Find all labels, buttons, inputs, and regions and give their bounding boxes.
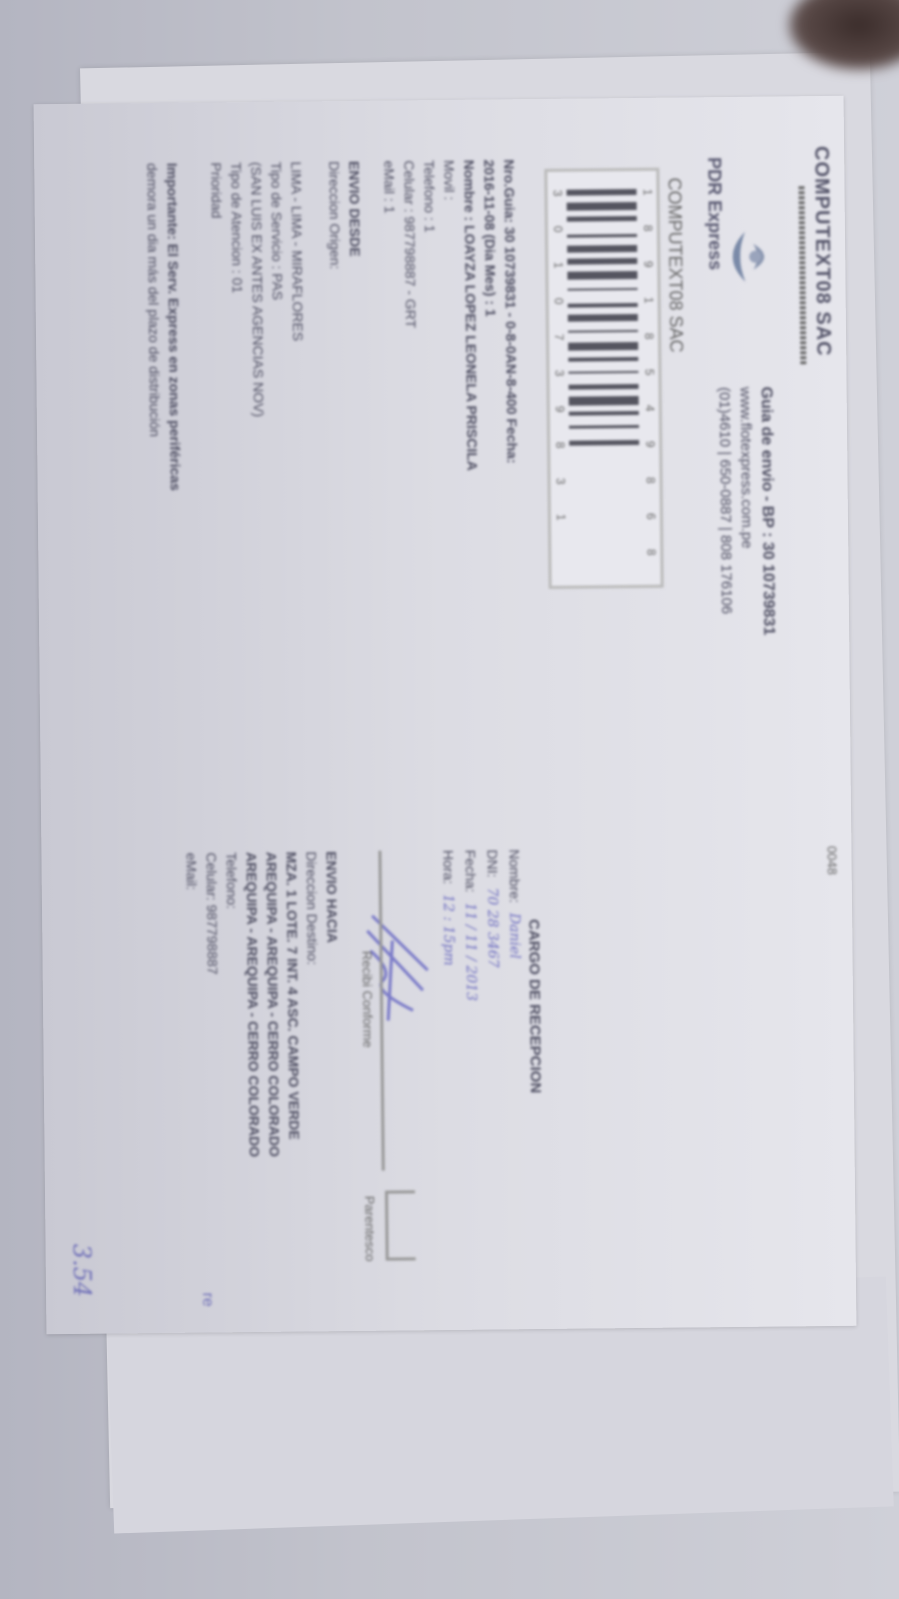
company-name: COMPUTEXT08 SAC [663, 177, 686, 352]
guide-info-line: Nro.Guia: 30 10739831 - 0-8-0AN-8-400 Fe… [499, 159, 522, 470]
guide-info-line: Celular : 987798887 - GRT [399, 160, 422, 471]
envio-hacia-line: MZA. 1 LOTE. 7 INT. 4 ASC. CAMPO VERDE [281, 852, 304, 1157]
cargo-nombre: Nombre:Daniel [502, 849, 529, 1289]
envio-hacia-line: Celular: 987798887 [201, 852, 224, 1157]
company-name-top: COMPUTEXT08 SAC [809, 146, 834, 357]
handwritten-value: 11 / 11 / 2013 [462, 902, 479, 1001]
brand-logo-icon [725, 222, 776, 293]
guide-title: Guia de envio - BP : 30 10739831 [756, 387, 780, 636]
envio-desde-title: ENVIO DESDE [344, 161, 367, 489]
envio-desde: ENVIO DESDE Direccion Origen: LIMA - LIM… [142, 161, 367, 491]
corner-number: 0048 [824, 846, 839, 875]
cargo-hora: Hora:12 : 15pm [436, 850, 463, 1290]
handwritten-side-note: re [198, 1292, 216, 1306]
guide-info-line: Telefono : 1 [419, 160, 442, 471]
parentesco-box [385, 1190, 416, 1260]
small-barcode-strip [798, 186, 806, 366]
barcode-icon [567, 189, 641, 570]
importante-line: Importante: El Serv. Express en zonas pe… [162, 163, 185, 491]
barcode-bottom-digits: 3 0 1 0 7 3 9 8 3 1 [551, 190, 569, 570]
parentesco-label: Parentesco [362, 1196, 378, 1262]
envio-hacia-line: AREQUIPA - AREQUIPA - CERRO COLORADO [241, 852, 264, 1157]
guide-info-line: 2016-11-08 (Dia Mes) : 1 [479, 159, 502, 470]
handwritten-note: 3.54 [68, 1244, 97, 1298]
envio-hacia-line: AREQUIPA - AREQUIPA - CERRO COLORADO [261, 852, 284, 1157]
label: Fecha: [462, 850, 478, 893]
envio-desde-line: Tipo de Servicio : PAS [266, 162, 289, 490]
envio-desde-line: (SAN LUIS EX ANTES AGENCIAS NOV) [246, 162, 269, 490]
document-content: COMPUTEXT08 SAC PDR Express Guia de envi… [54, 126, 856, 1314]
guide-info: Nro.Guia: 30 10739831 - 0-8-0AN-8-400 Fe… [379, 159, 522, 472]
phones: (01)4610 | 650-0887 | 808 176106 [714, 387, 738, 636]
label: Nombre: [506, 849, 523, 903]
envio-hacia: ENVIO HACIA Direccion Destino: MZA. 1 LO… [181, 851, 344, 1158]
envio-hacia-title: ENVIO HACIA [321, 851, 344, 1156]
label: DNI: [484, 849, 500, 877]
cargo-recepcion: CARGO DE RECEPCION Nombre:Daniel DNI:70 … [436, 849, 546, 1290]
guide-info-line: Nombre : LOAYZA LOPEZ LEONELA PRISCILA [459, 160, 482, 471]
importante-line: demora un dia más del plazo de distribuc… [142, 163, 165, 491]
handwritten-value: 70 28 3467 [484, 887, 501, 967]
handwritten-value: 12 : 15pm [440, 894, 457, 966]
signature-label: Recibi Conforme [359, 951, 375, 1048]
handwritten-value: Daniel [506, 913, 522, 959]
guide-info-line: eMail : 1 [379, 160, 402, 471]
envio-desde-subtitle: Direccion Origen: [324, 161, 347, 489]
cargo-fecha: Fecha:11 / 11 / 2013 [458, 850, 485, 1290]
cargo-dni: DNI:70 28 3467 [480, 849, 507, 1289]
shipping-guide-sheet: COMPUTEXT08 SAC PDR Express Guia de envi… [34, 96, 857, 1334]
barcode-top-digits: 1 8 9 1 8 5 4 9 8 6 8 [641, 189, 659, 569]
label: Hora: [440, 850, 456, 884]
envio-hacia-line: Telefono: [221, 852, 244, 1157]
envio-desde-line: LIMA - LIMA - MIRAFLORES [286, 161, 309, 489]
envio-hacia-subtitle: Direccion Destino: [301, 851, 324, 1156]
envio-desde-line: Tipo de Atencion : 01 [226, 162, 249, 490]
envio-desde-line: Prioridad [206, 162, 229, 490]
brand-name: PDR Express [703, 157, 725, 270]
guide-header: Guia de envio - BP : 30 10739831 www.flo… [714, 387, 780, 636]
barcode-box: 1 8 9 1 8 5 4 9 8 6 8 3 0 1 0 7 3 9 8 3 … [544, 168, 663, 589]
website: www.flotexpress.com.pe [735, 387, 759, 636]
